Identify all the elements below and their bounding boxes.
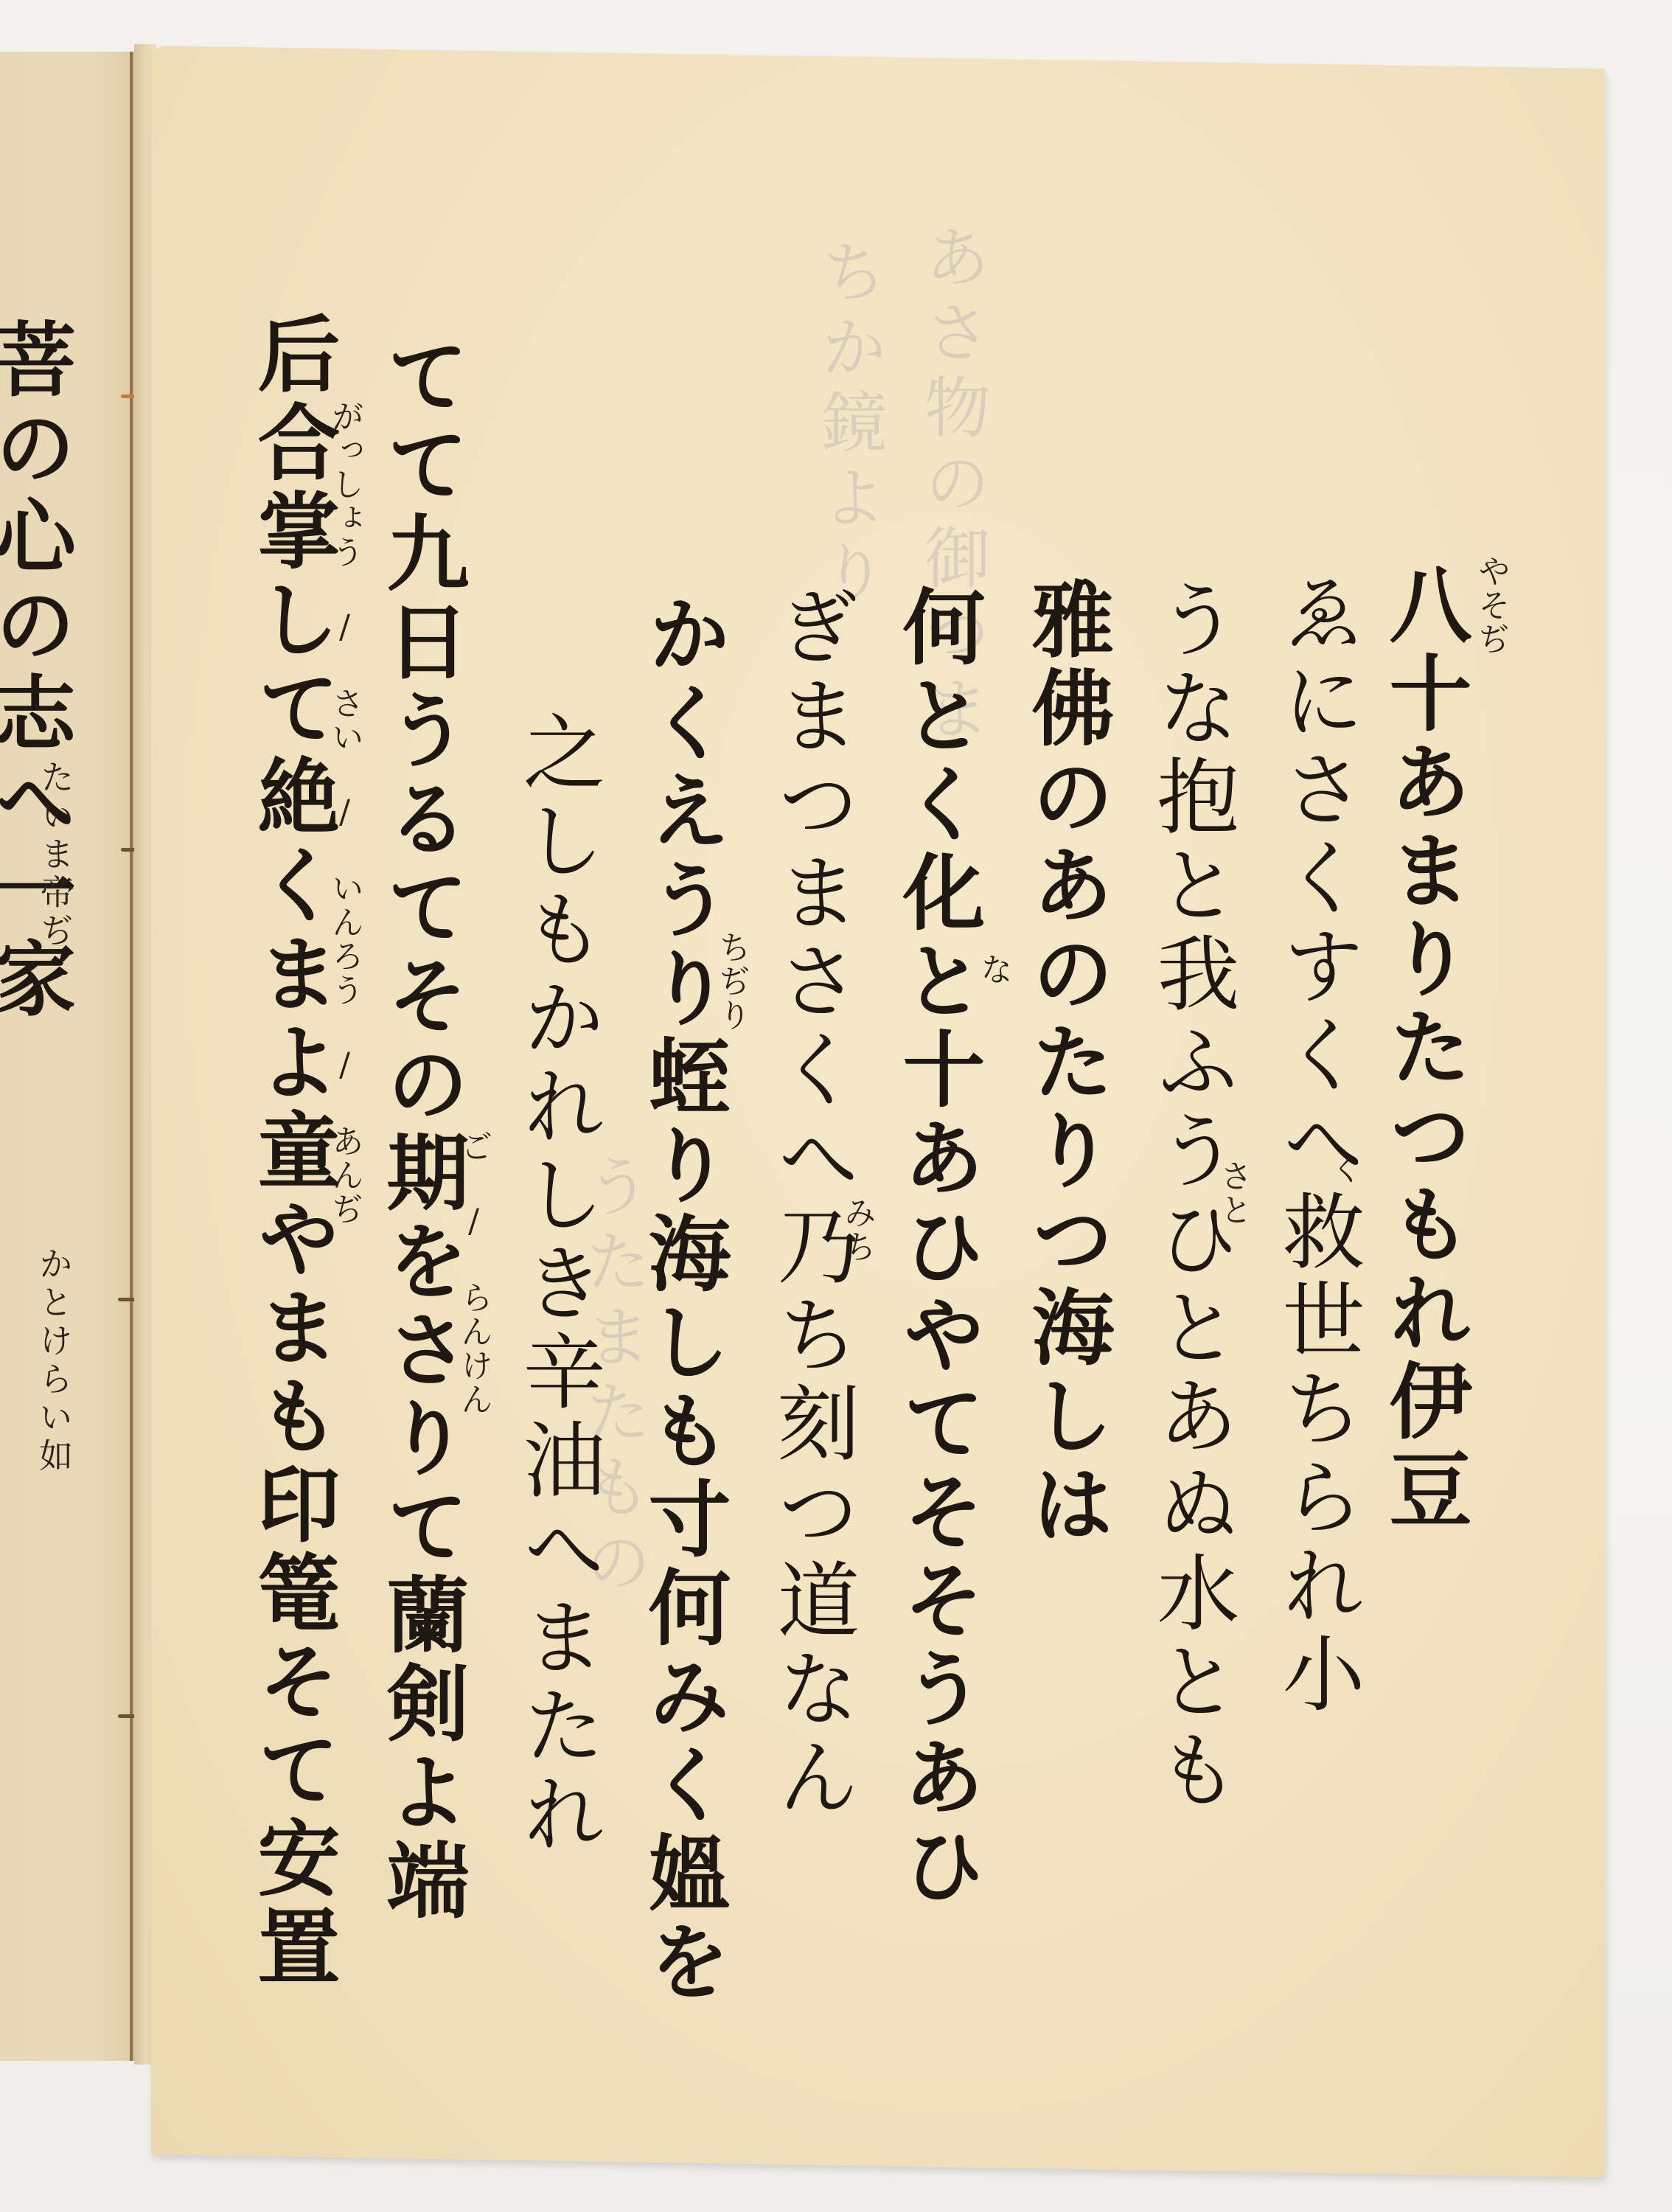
left-page-ruby-1: たいま帝ぢ [31, 759, 80, 951]
left-page: 菩の心の志へ一家 たいま帝ぢ かとけらい如 [0, 52, 135, 2061]
furigana: やそぢ [1474, 554, 1507, 656]
show-through-text: ちか鏡より [800, 237, 896, 613]
text-column-10: 后合掌して絶くまよ童やまも印篭そて安置 [251, 311, 333, 1992]
text-column-9: てて九日うるてその期をさりて蘭剣よ端 [380, 333, 462, 1926]
text-column-4: 雅佛のあのたりつ海しは [1025, 577, 1107, 1550]
main-page: あさ物の御つま ちか鏡より うたまたもの やそぢ 八十あまりたつもれ伊豆 く ゑ… [151, 46, 1605, 2177]
text-column-6: ぎまつまさくへ乃ち刻つ道なん [770, 584, 853, 1823]
text-column-5: 何とく化と十あひやてそそうあひ [896, 584, 978, 1911]
text-column-2: ゑにさくすくへ救世ちられ小 [1275, 569, 1358, 1719]
text-column-8: 之しもかれしき辛油へまたれ [516, 709, 599, 1860]
text-column-1: 八十あまりたつもれ伊豆 [1382, 562, 1465, 1535]
text-column-7: かくえうり蛭り海しも寸何みく媼を [641, 591, 724, 2007]
left-page-ruby-2: かとけらい如 [29, 1246, 78, 1476]
text-column-3: うな抱と我ふうひとあぬ水とも [1150, 577, 1233, 1815]
